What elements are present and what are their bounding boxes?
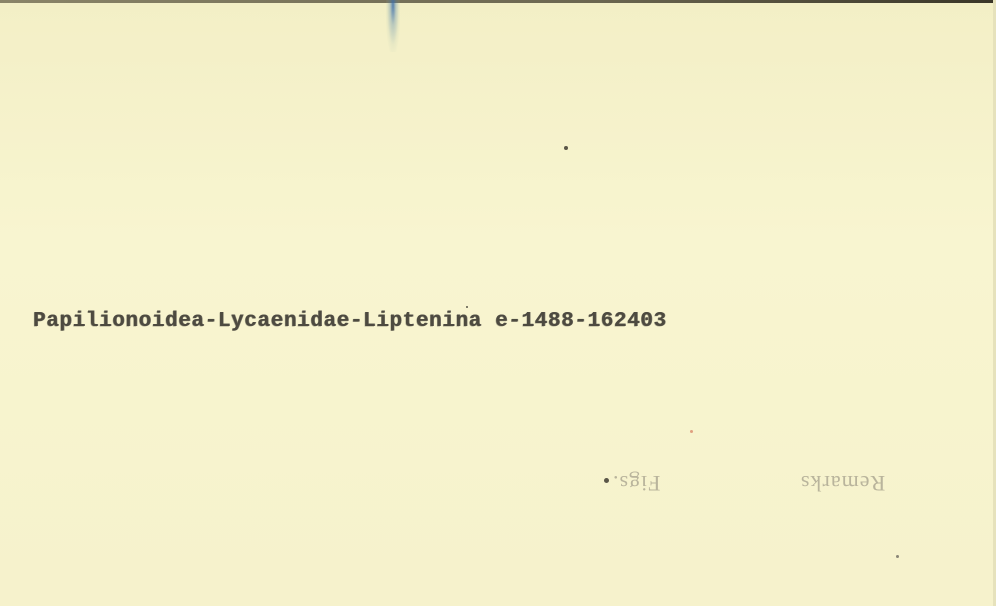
ink-speck	[896, 555, 899, 558]
ink-speck	[466, 306, 468, 308]
blue-ink-mark	[386, 0, 400, 52]
ink-speck	[690, 430, 693, 433]
ink-speck	[564, 146, 568, 150]
index-card: Papilionoidea-Lycaenidae-Liptenina e-148…	[0, 0, 996, 606]
bleed-through-figs-label: Figs.	[612, 470, 660, 496]
bleed-through-remarks-label: Remarks	[800, 470, 885, 496]
taxonomic-classification-line: Papilionoidea-Lycaenidae-Liptenina e-148…	[33, 310, 667, 333]
card-top-edge	[0, 0, 996, 3]
ink-speck	[604, 478, 609, 483]
